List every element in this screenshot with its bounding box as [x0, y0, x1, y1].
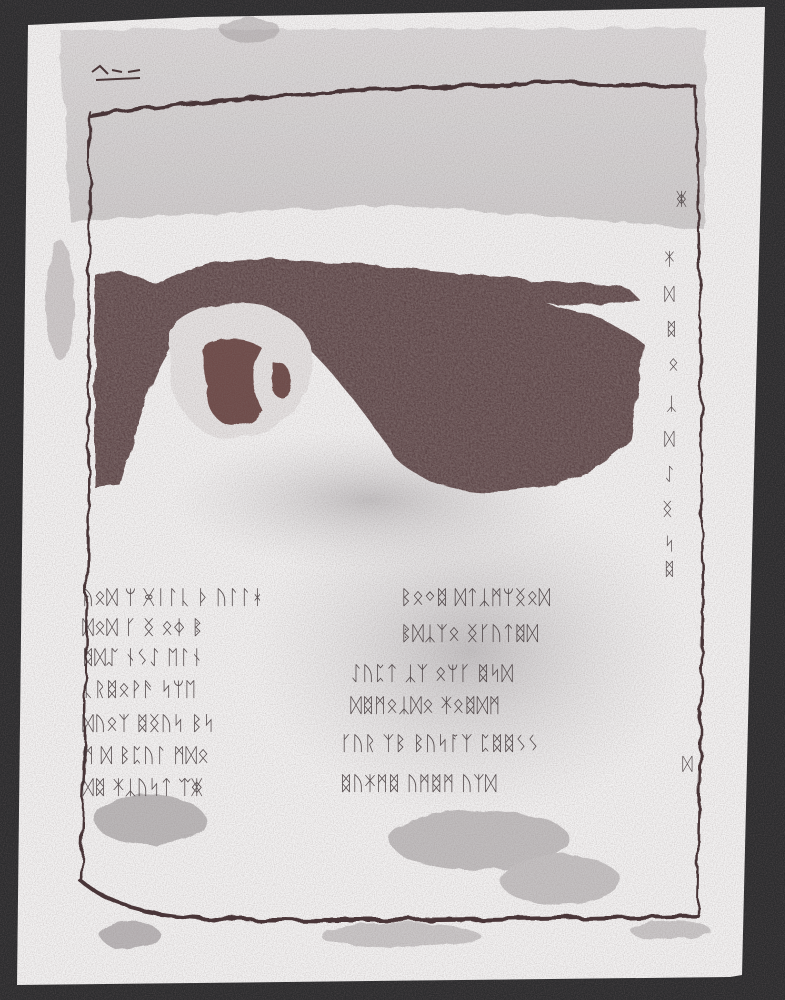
glyph: ᛞ [664, 429, 675, 450]
text-line: ᛞᚢᛟᛉ ᛥᛝᚢᛋ ᛒᛋ [82, 711, 215, 735]
glyph: ᛝ [662, 499, 673, 520]
text-line: ᚳᚱᛥᛟᚹᚫ ᛋᛘᛖ [82, 677, 196, 701]
glyph: ᛟ [668, 354, 679, 375]
text-line: ᛒᛟᛜᛥ ᛞᛏᛣᛗᛘᛝᛟᛞ [400, 585, 550, 609]
text-line: ᛥᚢᛡᛗᛥ ᚢᛗᛥᛗ ᚢᛉᛞ [340, 771, 497, 795]
text-line: ᛥᛞᛢ ᚾᛊᛇ ᛖᛚᚾ [82, 645, 203, 669]
text-line: ᛗ ᛞ ᛒᛈᚢᛚ ᛗᛞᛟ [82, 743, 209, 767]
glyph: ᛡ [664, 249, 675, 270]
text-line: ᛔᛞᛣᛉᛟ ᛝᚴᚢᛏᛥᛞ [400, 621, 538, 645]
text-line: ᚤᛟᛞ ᛘ ᚸᛁᛚᚳ ᚦ ᚢᛚᛚᚼ [82, 585, 263, 609]
glyph: ᛣ [666, 394, 677, 415]
glyph: ᛇ [664, 464, 675, 485]
glyph: ᛋ [664, 534, 675, 555]
artwork-canvas: ᚤᛟᛞ ᛘ ᚸᛁᛚᚳ ᚦ ᚢᛚᛚᚼ ᛞᛟᛞ ᚴ ᛝ ᛟᛄ ᛔ ᛥᛞᛢ ᚾᛊᛇ ᛖ… [0, 0, 785, 1000]
glyph: ᛞ [664, 284, 675, 305]
text-line: ᛞᛟᛞ ᚴ ᛝ ᛟᛄ ᛔ [82, 615, 203, 639]
glyph: ᛞ [682, 754, 693, 775]
glyph: ᛤ [676, 189, 687, 210]
text-line: ᛇᚢᛈᛏ ᛣᛉ ᛟᛘᚴ ᛥᛋᛞ [350, 661, 513, 685]
text-line: ᛞᛥ ᛡᛣᚢᛋᛏ ᛠᛤ [82, 775, 203, 799]
glyph: ᛥ [664, 559, 675, 580]
text-line: ᚴᚢᚱ ᛉᛒ ᛒᚢᛋᚪᛉ ᛈᛥᛥᛊᛊ [340, 731, 539, 755]
text-line: ᛞᛥᛗᛟᛣᛞᛟ ᛡᛟᛥᛞᛗ [350, 693, 500, 717]
glyph: ᛥ [666, 319, 677, 340]
